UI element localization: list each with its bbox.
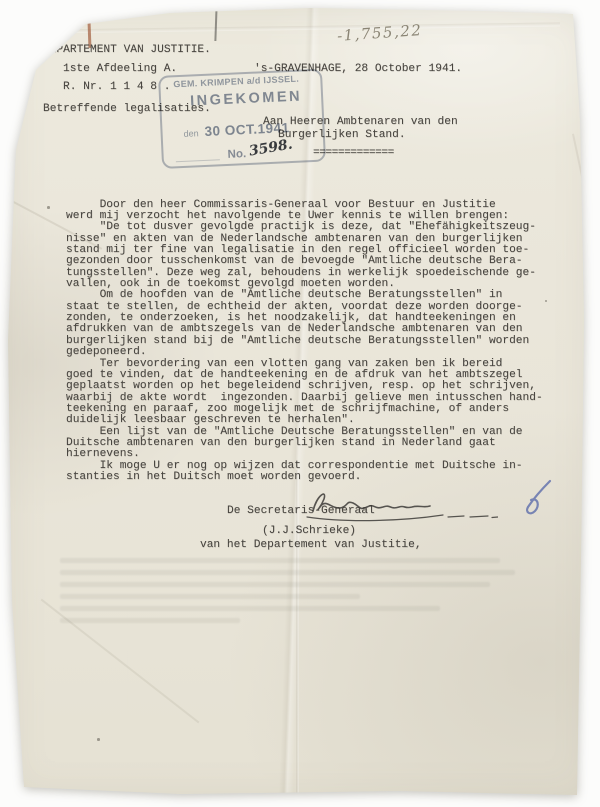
reference-number: R. Nr. 1 1 4 8 . [63, 81, 170, 93]
body-line: hiernevens. [66, 449, 543, 460]
division-line: 1ste Afdeeling A. [63, 63, 177, 75]
letter-paper: -1,755,22 DEPARTEMENT VAN JUSTITIE. 1ste… [0, 0, 600, 807]
show-through-line [60, 582, 490, 587]
blue-ink-paraph-icon [514, 478, 564, 528]
stamp-municipality: GEM. KRIMPEN a/d IJSSEL. [173, 74, 299, 90]
scan-background: -1,755,22 DEPARTEMENT VAN JUSTITIE. 1ste… [0, 0, 600, 807]
body-line: gedeponeerd. [66, 347, 543, 358]
closing-role-line-2: van het Departement van Justitie, [66, 540, 543, 551]
body-line: stanties in het Duitsch moet worden gevo… [66, 472, 543, 483]
pencil-amount-annotation: -1,755,22 [336, 21, 422, 45]
show-through-line [60, 606, 440, 611]
received-stamp: GEM. KRIMPEN a/d IJSSEL. INGEKOMEN den30… [158, 69, 326, 169]
stamp-date-value: 30 OCT.1941 [204, 120, 290, 139]
stamp-number-value: 3598. [247, 136, 293, 159]
stamp-date-prefix: den [183, 128, 198, 139]
fold-line-top [40, 22, 560, 33]
letterhead-department: DEPARTEMENT VAN JUSTITIE. [43, 44, 211, 56]
stamp-received-label: INGEKOMEN [190, 88, 303, 109]
body-line: geplaatst worden op het begeleidend schr… [66, 381, 543, 392]
show-through-line [60, 618, 240, 623]
ink-speck [545, 300, 547, 302]
stamp-number: No.3598. [227, 142, 293, 163]
ink-speck [47, 206, 50, 209]
body-lines: Door den heer Commissaris-Generaal voor … [66, 200, 543, 484]
paper-shadow: -1,755,22 DEPARTEMENT VAN JUSTITIE. 1ste… [0, 0, 600, 807]
stamp-number-label: No. [227, 148, 246, 161]
stamp-number-line [176, 159, 220, 162]
pen-stroke-mark [214, 5, 217, 41]
show-through-line [60, 594, 360, 599]
ink-speck [97, 738, 100, 741]
signed-name: (J.J.Schrieke) [262, 525, 356, 537]
body-line: duidelijk leesbaar geschreven te herhale… [66, 415, 543, 426]
crease-right [572, 134, 600, 389]
